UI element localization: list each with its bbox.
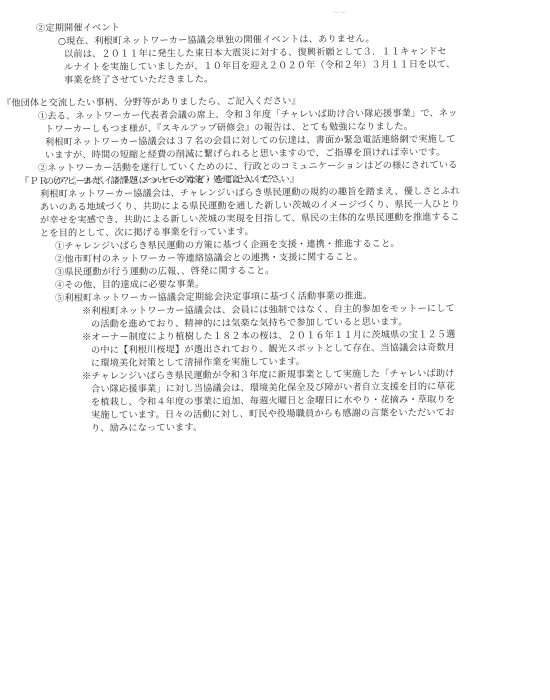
section-heading: 『ＰＲ（アピールポイント・メッセージなど）をご記入ください』	[20, 174, 299, 187]
note-line: に環境美化対策として清掃作業を実施しています。	[91, 356, 305, 369]
section-heading: ②定期開催イベント	[36, 22, 120, 34]
note-line: り、励みになっています。	[91, 422, 202, 434]
paragraph-line: が幸せを実感でき、共助による新しい茨城の実現を目指して、県民の主体的な県民運動を…	[40, 212, 460, 226]
paragraph-line: ①去る、ネットワーカー代表者会議の席上、令和３年度「チャレいば助け合い隊応援事業…	[38, 108, 458, 122]
note-line: を植栽し、令和４年度の事業に追加、毎週火曜日と金曜日に水やり・花摘み・草取りを	[91, 394, 455, 408]
scan-mark: 〜〜	[332, 8, 346, 19]
note-line: ※利根町ネットワーカー協議会は、会員には強制ではなく、自主的参加をモットーにして	[82, 303, 455, 317]
scanned-document-page: 〜〜 ②定期開催イベント ○現在、利根町ネットワーカー協議会単独の開催イベントは…	[0, 0, 550, 700]
note-line: ※オーナー制度により植樹した１８２本の桜は、２０１６年１１月に茨城県の宝１２５選	[82, 329, 456, 343]
list-item: ④その他、目的達成に必要な事業。	[55, 279, 204, 291]
list-item: ③県民運動が行う運動の広報、、啓発に関すること。	[55, 265, 275, 278]
paragraph-line: ○現在、利根町ネットワーカー協議会単独の開催イベントは、ありません。	[58, 34, 375, 47]
paragraph-line: いますが、時間の短縮と経費の削減に繋げられると思いますので、ご指導を頂ければ幸い…	[45, 147, 446, 161]
paragraph-line: 以前は、２０１１年に発生した東日本大震災に対する、復興祈願として３．１１キャンド…	[64, 46, 447, 60]
note-line: 実施しています。日々の活動に対し、町民や役場職員からも感謝の言葉をいただいてお	[91, 407, 455, 421]
paragraph-line: ②ネットワーカー活動を遂行していくためのに、行政とのコミュニケーションはどの様に…	[38, 160, 458, 174]
paragraph-line: ルナイトを実施していましたが、１０年目を迎え２０２０年（令和２年）３月１１日を以…	[64, 59, 455, 73]
paragraph-line: 利根町ネットワーカー協議会は、チャレンジいばらき県民運動の規約の趣旨を踏まえ、優…	[40, 186, 460, 200]
note-line: の中に【利根川桜堤】が選出されており、観光スポットとして存在、当協議会は奇数月	[91, 342, 455, 356]
paragraph-line: 事業を終了させていただきました。	[64, 74, 213, 86]
note-line: 合い隊応援事業」に対し当協議会は、環境美化保全及び障がい者自立支援を目的に草花	[91, 381, 455, 395]
paragraph-line: とを目的として、次に掲げる事業を行っています。	[40, 226, 254, 239]
paragraph-line: 利根町ネットワーカー協議会は３７名の会員に対しての伝達は、書面か緊急電話連絡網で…	[45, 134, 456, 148]
list-item: ①チャレンジいばらき県民運動の方策に基づく企画を支援・連携・推進すること。	[55, 238, 400, 252]
list-item: ⑤利根町ネットワーカー協議会定期総会決定事項に基づく活動事業の推進。	[55, 291, 372, 304]
paragraph-line: トワーカーしもつま様が、『スキルアップ研修会』の報告は、とても勉強になりました。	[45, 121, 413, 135]
list-item: ②他市町村のネットワーカー等連絡協議会との連携・支援に関すること。	[55, 252, 363, 265]
section-heading: 『他団体と交流したい事柄、分野等がありましたら、ご記入ください』	[2, 96, 301, 109]
note-line: ※チャレンジいばらき県民運動が令和３年度に新規事業として実施した「チャレいば助け	[82, 368, 455, 382]
note-line: の活動を進めており、精神的には気楽な気持ちで参加していると思います。	[91, 317, 408, 330]
paragraph-line: あいのある地域づくり、共助による県民運動を通した新しい茨城のイメージづくり、県民…	[40, 199, 460, 213]
